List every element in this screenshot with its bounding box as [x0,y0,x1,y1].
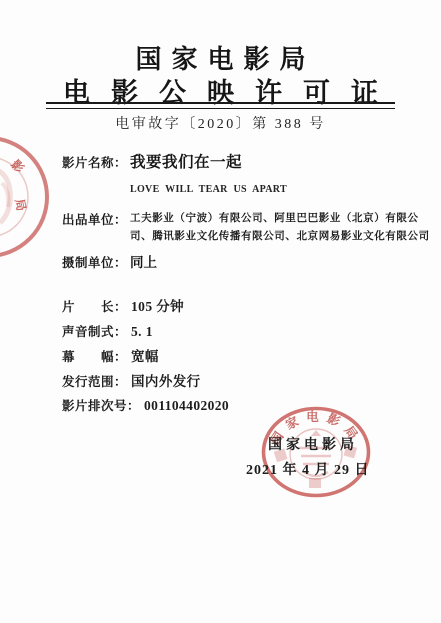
permit-number: 电审故字〔2020〕第 388 号 [0,113,441,133]
field-label: 出品单位： [62,210,128,245]
sound-format-value: 5. 1 [131,324,153,339]
field-row-production-unit: 摄制单位：同上 [62,254,434,272]
field-row-runtime: 片 长：105 分钟 [62,298,434,316]
official-seal-partial-icon: 影 局 [0,133,66,265]
field-label: 影片名称： [62,156,127,170]
production-unit-value: 同上 [130,255,157,270]
film-title-english: LOVE WILL TEAR US APART [130,184,287,195]
serial-number-value: 001104402020 [144,398,229,413]
permit-document: 影 局 国家电影局 电影公映许可证 电审故字〔2020〕第 388 号 影片名称… [0,0,441,623]
field-row-serial-number: 影片排次号：001104402020 [62,397,434,415]
field-label: 摄制单位： [62,256,127,270]
field-row-producer: 出品单位： 工夫影业（宁波）有限公司、阿里巴巴影业（北京）有限公司、腾讯影业文化… [62,210,434,245]
field-row-screen-format: 幕 幅：宽幅 [62,348,434,366]
field-row-sound-format: 声音制式：5. 1 [62,323,434,341]
distribution-scope-value: 国内外发行 [131,374,201,389]
field-row-distribution-scope: 发行范围：国内外发行 [62,373,434,391]
issuer-name: 国家电影局 [268,434,358,454]
producer-value: 工夫影业（宁波）有限公司、阿里巴巴影业（北京）有限公司、腾讯影业文化传播有限公司… [130,210,431,245]
fields-block: 影片名称：我要我们在一起 LOVE WILL TEAR US APART 出品单… [62,152,434,415]
field-label: 影片排次号： [62,399,140,413]
field-row-film-title-english: LOVE WILL TEAR US APART [130,181,434,196]
film-title-value: 我要我们在一起 [130,154,242,171]
field-row-film-title: 影片名称：我要我们在一起 [62,152,434,174]
field-label: 幕 幅： [62,350,127,364]
seal-char-bottom: 局 [12,198,28,213]
field-label: 发行范围： [62,375,127,389]
screen-format-value: 宽幅 [131,349,159,364]
title-divider [46,102,395,109]
issue-date: 2021 年 4 月 29 日 [246,459,370,479]
field-label: 声音制式： [62,325,127,339]
runtime-value: 105 分钟 [131,299,184,314]
seal-char-top: 影 [8,157,27,176]
field-label: 片 长： [62,300,127,314]
